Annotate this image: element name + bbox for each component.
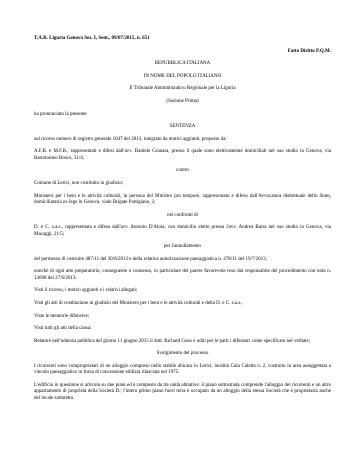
paragraph-atti-connessi: nonché di ogni atto preparatorio, conseg…	[34, 269, 331, 282]
paragraph-controinteressata: D. e C. s.a.s., rappresentata e difesa d…	[34, 225, 331, 238]
pronuncia-line: ha pronunciato la presente	[34, 112, 331, 118]
paragraph-viste-memorie: Viste le memorie difensive;	[34, 314, 331, 320]
heading-in-nome-del-popolo: IN NOME DEL POPOLO ITALIANO	[34, 74, 331, 80]
paragraph-ricorrenti: A.F.B. e M.F.R., rappresentati e difesi …	[34, 149, 331, 162]
paragraph-relatore: Relatore nell'udienza pubblica del giorn…	[34, 339, 331, 345]
heading-nei-confronti: nei confronti di	[34, 213, 331, 219]
heading-svolgimento-processo: Svolgimento del processo	[34, 351, 331, 357]
pqm-link[interactable]: P.Q.M.	[316, 49, 331, 54]
paragraph-visti-tutti-atti: Visti tutti gli atti della causa;	[34, 326, 331, 332]
paragraph-permesso-costruire: del permesso di costruire 487/11 del 30/…	[34, 257, 331, 263]
heading-tribunale: Il Tribunale Amministrativo Regionale pe…	[34, 86, 331, 92]
paragraph-visti-costituzione: Visti gli atti di costituzione in giudiz…	[34, 301, 331, 307]
section-nav: Fatto Diritto P.Q.M.	[34, 49, 331, 55]
paragraph-comune-lerici: Comune di Lerici, non costituito in giud…	[34, 181, 331, 187]
heading-per-annullamento: per l'annullamento	[34, 244, 331, 250]
paragraph-ministero: Ministero per i beni e le attività cultu…	[34, 194, 331, 207]
paragraph-visti-ricorso: Visti il ricorso, i motivi aggiunti e i …	[34, 288, 331, 294]
heading-repubblica-italiana: REPUBBLICA ITALIANA	[34, 61, 331, 67]
paragraph-ricorso: sul ricorso numero di registro generale …	[34, 137, 331, 143]
document-citation: T.A.R. Liguria Genova Sez. I, Sent., 09/…	[34, 36, 331, 42]
fatto-link[interactable]: Fatto	[288, 49, 299, 54]
paragraph-edificio: L'edificio in questione si articola su d…	[34, 383, 331, 402]
heading-sentenza: SENTENZA	[34, 124, 331, 130]
judgment-document: T.A.R. Liguria Genova Sez. I, Sent., 09/…	[0, 0, 360, 466]
paragraph-comproprietari: I ricorrenti sono comproprietari di un a…	[34, 364, 331, 377]
diritto-link[interactable]: Diritto	[300, 49, 314, 54]
heading-sezione: (Sezione Prima)	[34, 99, 331, 105]
heading-contro: contro	[34, 168, 331, 174]
